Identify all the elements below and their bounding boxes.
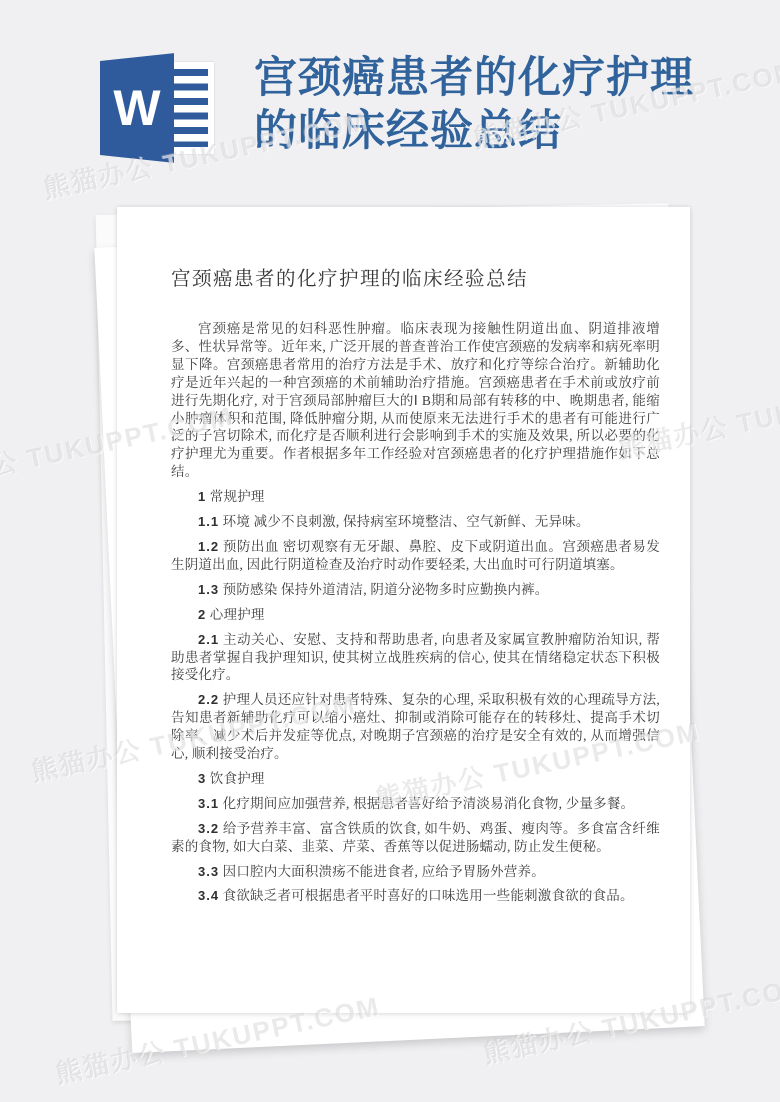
page-title: 宫颈癌患者的化疗护理 的临床经验总结 <box>254 52 694 158</box>
word-icon-letter: W <box>113 83 160 133</box>
doc-paragraph-number: 1 <box>198 489 206 504</box>
doc-paragraph-number: 1.2 <box>198 539 219 554</box>
word-icon-text-lines <box>168 69 208 147</box>
doc-paragraph-number: 3.4 <box>198 888 219 903</box>
doc-paragraph-3-1: 3.1 化疗期间应加强营养, 根据患者喜好给予清淡易消化食物, 少量多餐。 <box>171 795 660 813</box>
document-title: 宫颈癌患者的化疗护理的临床经验总结 <box>171 267 660 292</box>
doc-paragraph-number: 3.3 <box>198 864 219 879</box>
page-title-line1: 宫颈癌患者的化疗护理 <box>254 55 694 102</box>
doc-paragraph-3-4: 3.4 食欲缺乏者可根据患者平时喜好的口味选用一些能刺激食欲的食品。 <box>171 887 660 905</box>
doc-paragraph-intro: 宫颈癌是常见的妇科恶性肿瘤。临床表现为接触性阴道出血、阴道排液增多、性状异常等。… <box>171 320 660 481</box>
word-icon-flap: W <box>100 52 174 164</box>
page-title-line2: 的临床经验总结 <box>254 108 562 155</box>
document-preview-canvas: 熊猫办公 TUKUPPT.COM 熊猫办公 TUKUPPT.COM 熊猫办公 T… <box>0 0 780 1102</box>
word-file-icon: W <box>100 52 220 164</box>
doc-paragraph-3-3: 3.3 因口腔内大面积溃疡不能进食者, 应给予胃肠外营养。 <box>171 863 660 881</box>
doc-paragraph-number: 3.2 <box>198 821 219 836</box>
document-page: 宫颈癌患者的化疗护理的临床经验总结 宫颈癌是常见的妇科恶性肿瘤。临床表现为接触性… <box>117 207 690 1013</box>
doc-paragraph-1-1: 1.1 环境 减少不良刺激, 保持病室环境整洁、空气新鲜、无异味。 <box>171 513 660 531</box>
doc-paragraph-number: 1.3 <box>198 582 219 597</box>
doc-paragraph-1-3: 1.3 预防感染 保持外道清洁, 阴道分泌物多时应勤换内裤。 <box>171 581 660 599</box>
doc-paragraph-number: 2.1 <box>198 632 219 647</box>
doc-paragraph-2: 2 心理护理 <box>171 606 660 624</box>
doc-paragraph-number: 1.1 <box>198 514 219 529</box>
document-body: 宫颈癌是常见的妇科恶性肿瘤。临床表现为接触性阴道出血、阴道排液增多、性状异常等。… <box>171 320 660 905</box>
doc-paragraph-number: 3.1 <box>198 796 219 811</box>
doc-paragraph-number: 2 <box>198 607 206 622</box>
doc-paragraph-number: 2.2 <box>198 692 219 707</box>
doc-paragraph-1: 1 常规护理 <box>171 488 660 506</box>
doc-paragraph-number: 3 <box>198 771 206 786</box>
doc-paragraph-3: 3 饮食护理 <box>171 770 660 788</box>
doc-paragraph-3-2: 3.2 给予营养丰富、富含铁质的饮食, 如牛奶、鸡蛋、瘦肉等。多食富含纤维素的食… <box>171 820 660 856</box>
doc-paragraph-2-1: 2.1 主动关心、安慰、支持和帮助患者, 向患者及家属宣教肿瘤防治知识, 帮助患… <box>171 631 660 685</box>
doc-paragraph-2-2: 2.2 护理人员还应针对患者特殊、复杂的心理, 采取积极有效的心理疏导方法, 告… <box>171 691 660 763</box>
header: W 宫颈癌患者的化疗护理 的临床经验总结 <box>100 52 694 164</box>
doc-paragraph-1-2: 1.2 预防出血 密切观察有无牙龈、鼻腔、皮下或阴道出血。宫颈癌患者易发生阴道出… <box>171 538 660 574</box>
